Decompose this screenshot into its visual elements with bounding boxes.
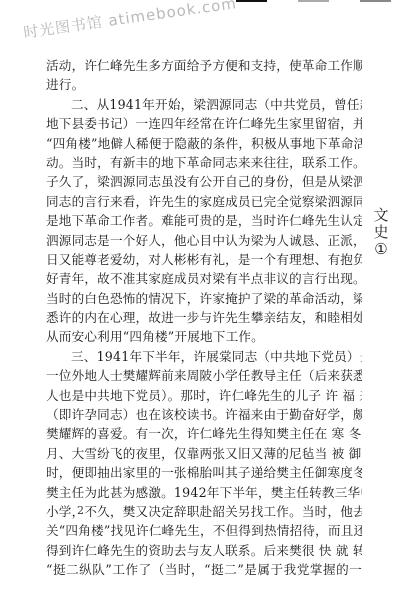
text-line: 关“四角楼”找见许仁峰先生，不但得到热情招待，而且还 <box>46 521 362 540</box>
text-line: 人也是中共地下党员）。那时，许仁峰先生的儿子 许 福 来 <box>46 386 362 405</box>
text-line: 从而安心利用“四角楼”开展地下工作。 <box>46 327 362 346</box>
text-line: （即许孕同志）也在该校读书。许福来由于勤奋好学，颇得 <box>46 405 362 424</box>
text-line: 得到许仁峰先生的资助去与友人联系。后来樊很 快 就 转 到 <box>46 541 362 560</box>
scan-edge-mark <box>236 0 267 2</box>
text-line: 樊耀辉的喜爱。有一次，许仁峰先生得知樊主任在 寒 冬 腊 <box>46 424 362 443</box>
text-line: 时，便即抽出家里的一张棉胎叫其子递给樊主任御寒度冬， <box>46 463 362 482</box>
text-line: 三、1941年下半年，许展棠同志（中共地下党员）介绍 <box>46 347 362 366</box>
text-line: 子久了，梁泗源同志虽没有公开自己的身份，但是从梁泗源 <box>46 172 362 191</box>
paragraph-p-two: 二、从1941年开始，梁泗源同志（中共党员，曾任新丰县地下县委书记）一连四年经常… <box>46 95 362 347</box>
page-body: 活动，许仁峰先生多方面给予方便和支持，使革命工作顺利进行。二、从1941年开始，… <box>46 56 362 580</box>
text-line: “挺二纵队”工作了（当时，“挺二”是属于我党掌握的一 <box>46 560 362 579</box>
paragraph-p-three: 三、1941年下半年，许展棠同志（中共地下党员）介绍一位外地人士樊耀辉前来周陂小… <box>46 347 362 580</box>
text-line: 小学，不久，樊又决定辞职赴韶关另找工作。当时，他去韶 <box>46 502 362 521</box>
text-line: 日又能尊老爱幼，对人彬彬有礼，是一个有理想、有抱负的 <box>46 250 362 269</box>
text-line: 动。当时，有新丰的地下革命同志来来往往，联系工作。日 <box>46 153 362 172</box>
scan-edge-mark <box>298 0 329 2</box>
text-line: 泗源同志是一个好人，他心目中认为梁为人诚恳、正派，平 <box>46 231 362 250</box>
side-annotation-char: ① <box>373 241 389 258</box>
side-annotation: 文 史 ① <box>373 207 389 258</box>
text-line: 活动，许仁峰先生多方面给予方便和支持，使革命工作顺利 <box>46 56 362 75</box>
text-line: 地下县委书记）一连四年经常在许仁峰先生家里留宿，并利用 <box>46 114 362 133</box>
side-annotation-char: 文 <box>373 207 389 224</box>
scan-edge-mark <box>360 0 391 2</box>
watermark: 时光图书馆 atimebook.com <box>22 0 238 43</box>
text-line: 同志的言行来看，许先生的家庭成员已完全觉察梁泗源同志 <box>46 192 362 211</box>
text-line: 是地下革命工作者。难能可贵的是，当时许仁峰先生认定梁 <box>46 211 362 230</box>
text-line: 一位外地人士樊耀辉前来周陂小学任教导主任（后来获悉此 <box>46 366 362 385</box>
page-number: 2 <box>77 504 84 517</box>
paragraph-p-continued: 活动，许仁峰先生多方面给予方便和支持，使革命工作顺利进行。 <box>46 56 362 95</box>
text-line: 进行。 <box>46 75 362 94</box>
text-line: 二、从1941年开始，梁泗源同志（中共党员，曾任新丰县 <box>46 95 362 114</box>
text-line: 当时的白色恐怖的情况下，许家掩护了梁的革命活动，梁也熟 <box>46 289 362 308</box>
paragraphs: 活动，许仁峰先生多方面给予方便和支持，使革命工作顺利进行。二、从1941年开始，… <box>46 56 362 580</box>
text-line: “四角楼”地僻人稀便于隐蔽的条件，积极从事地下革命活 <box>46 134 362 153</box>
text-line: 月、大雪纷飞的夜里，仅靠两张又旧又薄的尼毡当 被 御 寒 <box>46 444 362 463</box>
text-line: 悉许的内在心理，故进一步与许先生攀亲结友，和睦相处， <box>46 308 362 327</box>
text-line: 樊主任为此甚为感激。1942年下半年，樊主任转教三华中心 <box>46 483 362 502</box>
side-annotation-char: 史 <box>373 224 389 241</box>
text-line: 好青年，故不准其家庭成员对梁有半点非议的言行出现。在 <box>46 269 362 288</box>
